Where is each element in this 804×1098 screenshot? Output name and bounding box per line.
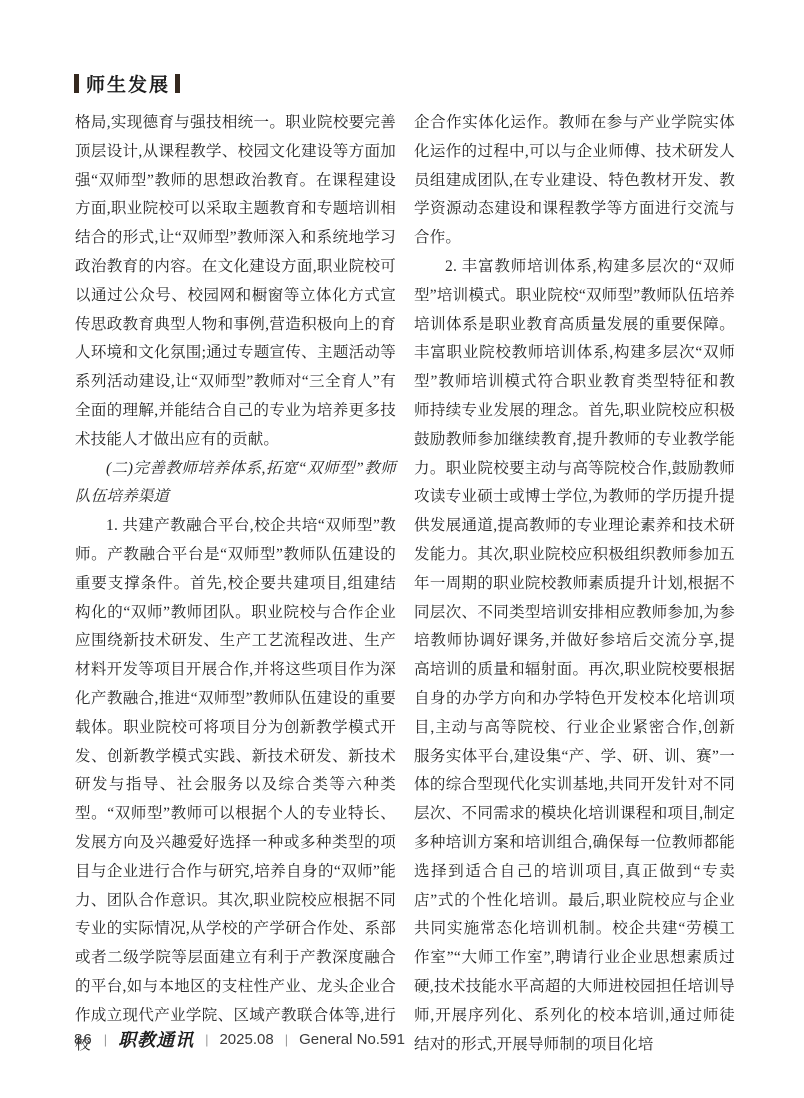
left-column: 格局,实现德育与强技相统一。职业院校要完善顶层设计,从课程教学、校园文化建设等方…: [75, 109, 396, 1009]
paragraph-item-2: 2. 丰富教师培训体系,构建多层次的“双师型”培训模式。职业院校“双师型”教师队…: [414, 253, 735, 1059]
paragraph-continuation: 格局,实现德育与强技相统一。职业院校要完善顶层设计,从课程教学、校园文化建设等方…: [75, 109, 396, 455]
general-number: General No.591: [299, 1031, 405, 1048]
article-body: 格局,实现德育与强技相统一。职业院校要完善顶层设计,从课程教学、校园文化建设等方…: [75, 109, 735, 1009]
subsection-heading: (二)完善教师培养体系,拓宽“双师型”教师队伍培养渠道: [75, 455, 396, 513]
footer-separator: |: [104, 1032, 107, 1047]
page-footer: 86 | 职教通讯 | 2025.08 | General No.591: [74, 1026, 405, 1052]
page-number: 86: [74, 1031, 93, 1048]
header-bar-right-icon: [175, 74, 180, 93]
header-bar-left-icon: [74, 74, 79, 93]
paragraph-continuation: 企合作实体化运作。教师在参与产业学院实体化运作的过程中,可以与企业师傅、技术研发…: [414, 109, 735, 253]
journal-name: 职教通讯: [118, 1026, 194, 1052]
paragraph-item-1: 1. 共建产教融合平台,校企共培“双师型”教师。产教融合平台是“双师型”教师队伍…: [75, 512, 396, 1059]
footer-separator: |: [285, 1032, 288, 1047]
section-header: 师生发展: [74, 70, 180, 97]
journal-page: 师生发展 格局,实现德育与强技相统一。职业院校要完善顶层设计,从课程教学、校园文…: [0, 0, 804, 1098]
footer-separator: |: [205, 1032, 208, 1047]
right-column: 企合作实体化运作。教师在参与产业学院实体化运作的过程中,可以与企业师傅、技术研发…: [414, 109, 735, 1009]
section-label: 师生发展: [86, 70, 170, 97]
issue-date: 2025.08: [219, 1031, 273, 1048]
